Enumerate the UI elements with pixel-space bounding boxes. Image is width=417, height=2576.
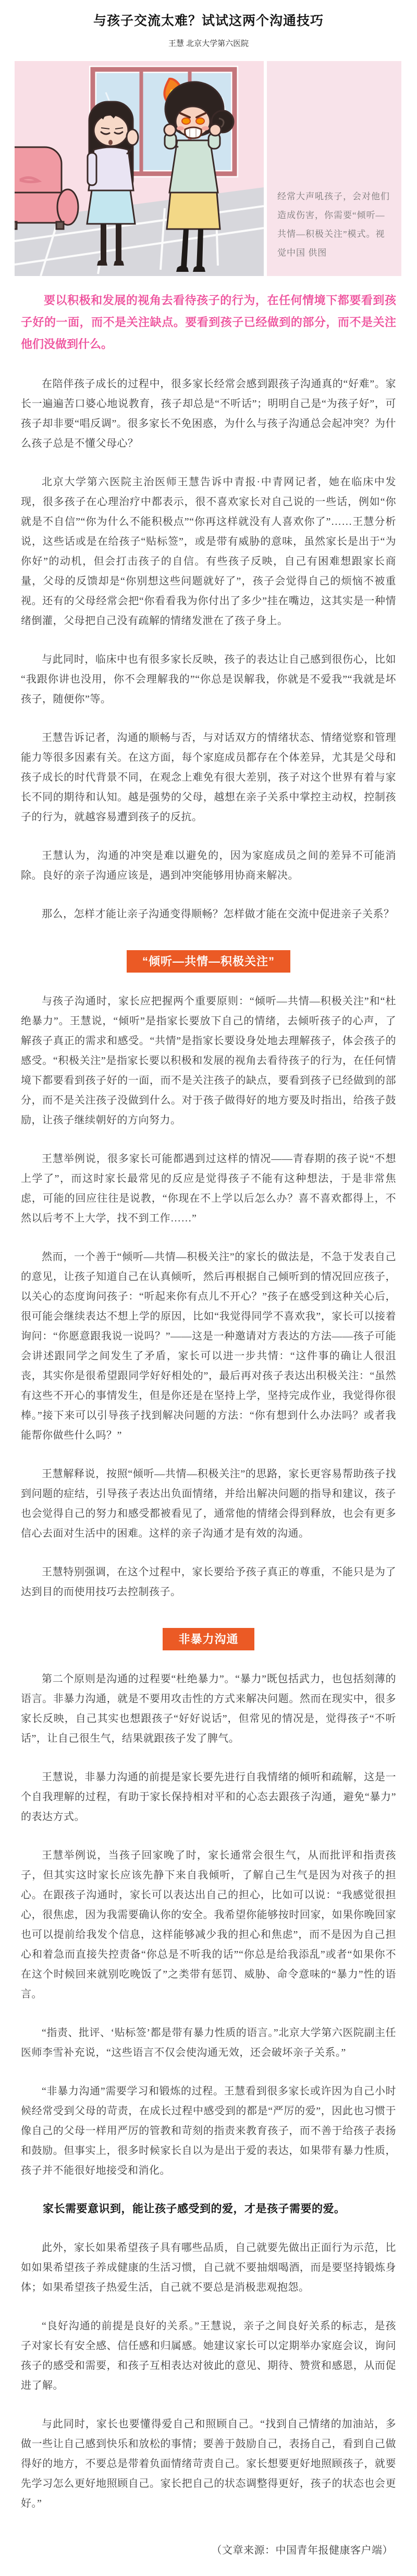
raised-fist — [210, 124, 221, 136]
lead-paragraph: 要以积极和发展的视角去看待孩子的行为，在任何情境下都要看到孩子好的一面，而不是关… — [21, 290, 396, 355]
article-paragraph: 第二个原则是沟通的过程要“杜绝暴力”。“暴力”既包括武力，也包括刻薄的语言。非暴… — [21, 1669, 396, 1748]
section-heading-row: 非暴力沟通 — [21, 1628, 396, 1650]
section-heading: “倾听—共情—积极关注” — [127, 950, 290, 973]
article-paragraph: 北京大学第六医院主治医师王慧告诉中青报·中青网记者，她在临床中发现，很多孩子在心… — [21, 472, 396, 631]
article-paragraph: “指责、批评、‘贴标签’都是带有暴力性质的语言。”北京大学第六医院副主任医师李雪… — [21, 2023, 396, 2063]
article-paragraph: 与此同时，临床中也有很多家长反映，孩子的表达让自己感到很伤心，比如“我跟你讲也没… — [21, 650, 396, 709]
article-paragraph: 王慧举例说，当孩子回家晚了时，家长通常会很生气，从而批评和指责孩子，但其实这时家… — [21, 1846, 396, 2004]
article-paragraph: 王慧说，非暴力沟通的前提是家长要先进行自我情绪的倾听和疏解，这是一个自我理解的过… — [21, 1767, 396, 1827]
article-paragraph: 王慧解释说，按照“倾听—共情—积极关注”的思路，家长更容易帮助孩子找到问题的症结… — [21, 1464, 396, 1543]
article-paragraph: 王慧举例说，很多家长可能都遇到过这样的情况——青春期的孩子说“不想上学了”，而这… — [21, 1149, 396, 1228]
article-paragraph: 那么，怎样才能让亲子沟通变得顺畅？怎样做才能在交流中促进亲子关系？ — [21, 904, 396, 924]
author-line: 王慧 北京大学第六医院 — [0, 38, 417, 49]
article-paragraph: 王慧特别强调，在这个过程中，家长要给予孩子真正的尊重，不能只是为了达到目的而使用… — [21, 1562, 396, 1602]
article-source: （文章来源：中国青年报健康客户端） — [21, 2541, 396, 2560]
article-paragraph: 王慧认为，沟通的冲突是难以避免的，因为家庭成员之间的差异不可能消除。良好的亲子沟… — [21, 846, 396, 885]
mother-scolding-child-cartoon — [15, 61, 264, 276]
article-paragraph: “良好沟通的前提是良好的关系。”王慧说，亲子之间良好关系的标志，是孩子对家长有安… — [21, 2316, 396, 2395]
section-heading-row: “倾听—共情—积极关注” — [21, 950, 396, 973]
article-paragraph: 在陪伴孩子成长的过程中，很多家长经常会感到跟孩子沟通真的“好难”。家长一遍遍苦口… — [21, 374, 396, 453]
article-page: 与孩子交流太难？试试这两个沟通技巧 王慧 北京大学第六医院 — [0, 0, 417, 2576]
hero-caption: 经常大声吼孩子，会对他们造成伤害，你需要“倾听—共情—积极关注”模式。视觉中国 … — [277, 187, 392, 262]
angry-eye — [196, 118, 204, 124]
article-body: 在陪伴孩子成长的过程中，很多家长经常会感到跟孩子沟通真的“好难”。家长一遍遍苦口… — [21, 374, 396, 2560]
hero-caption-panel: 经常大声吼孩子，会对他们造成伤害，你需要“倾听—共情—积极关注”模式。视觉中国 … — [267, 61, 401, 276]
article-paragraph: “非暴力沟通”需要学习和锻炼的过程。王慧看到很多家长或许因为自己小时候经常受到父… — [21, 2081, 396, 2180]
page-title: 与孩子交流太难？试试这两个沟通技巧 — [21, 10, 396, 29]
section-heading: 非暴力沟通 — [163, 1628, 254, 1650]
article-paragraph: 与此同时，家长也要懂得爱自己和照顾自己。“找到自己情绪的加油站，多做一些让自己感… — [21, 2414, 396, 2513]
hero-cartoon — [15, 61, 264, 276]
angry-eye — [182, 118, 190, 124]
hero-illustration: 经常大声吼孩子，会对他们造成伤害，你需要“倾听—共情—积极关注”模式。视觉中国 … — [15, 61, 401, 276]
article-paragraph: 王慧告诉记者，沟通的顺畅与否，与对话双方的情绪状态、情绪觉察和管理能力等很多因素… — [21, 728, 396, 827]
key-sentence: 家长需要意识到，能让孩子感受到的爱，才是孩子需要的爱。 — [21, 2199, 396, 2219]
article-paragraph: 此外，家长如果希望孩子具有哪些品质，自己就要先做出正面行为示范，比如如果希望孩子… — [21, 2238, 396, 2297]
article-paragraph: 然而，一个善于“倾听—共情—积极关注”的家长的做法是，不急于发表自己的意见，让孩… — [21, 1247, 396, 1445]
raised-fist — [164, 124, 176, 136]
article-paragraph: 与孩子沟通时，家长应把握两个重要原则：“倾听—共情—积极关注”和“杜绝暴力”。王… — [21, 991, 396, 1130]
gritted-teeth-mouth — [185, 127, 202, 138]
